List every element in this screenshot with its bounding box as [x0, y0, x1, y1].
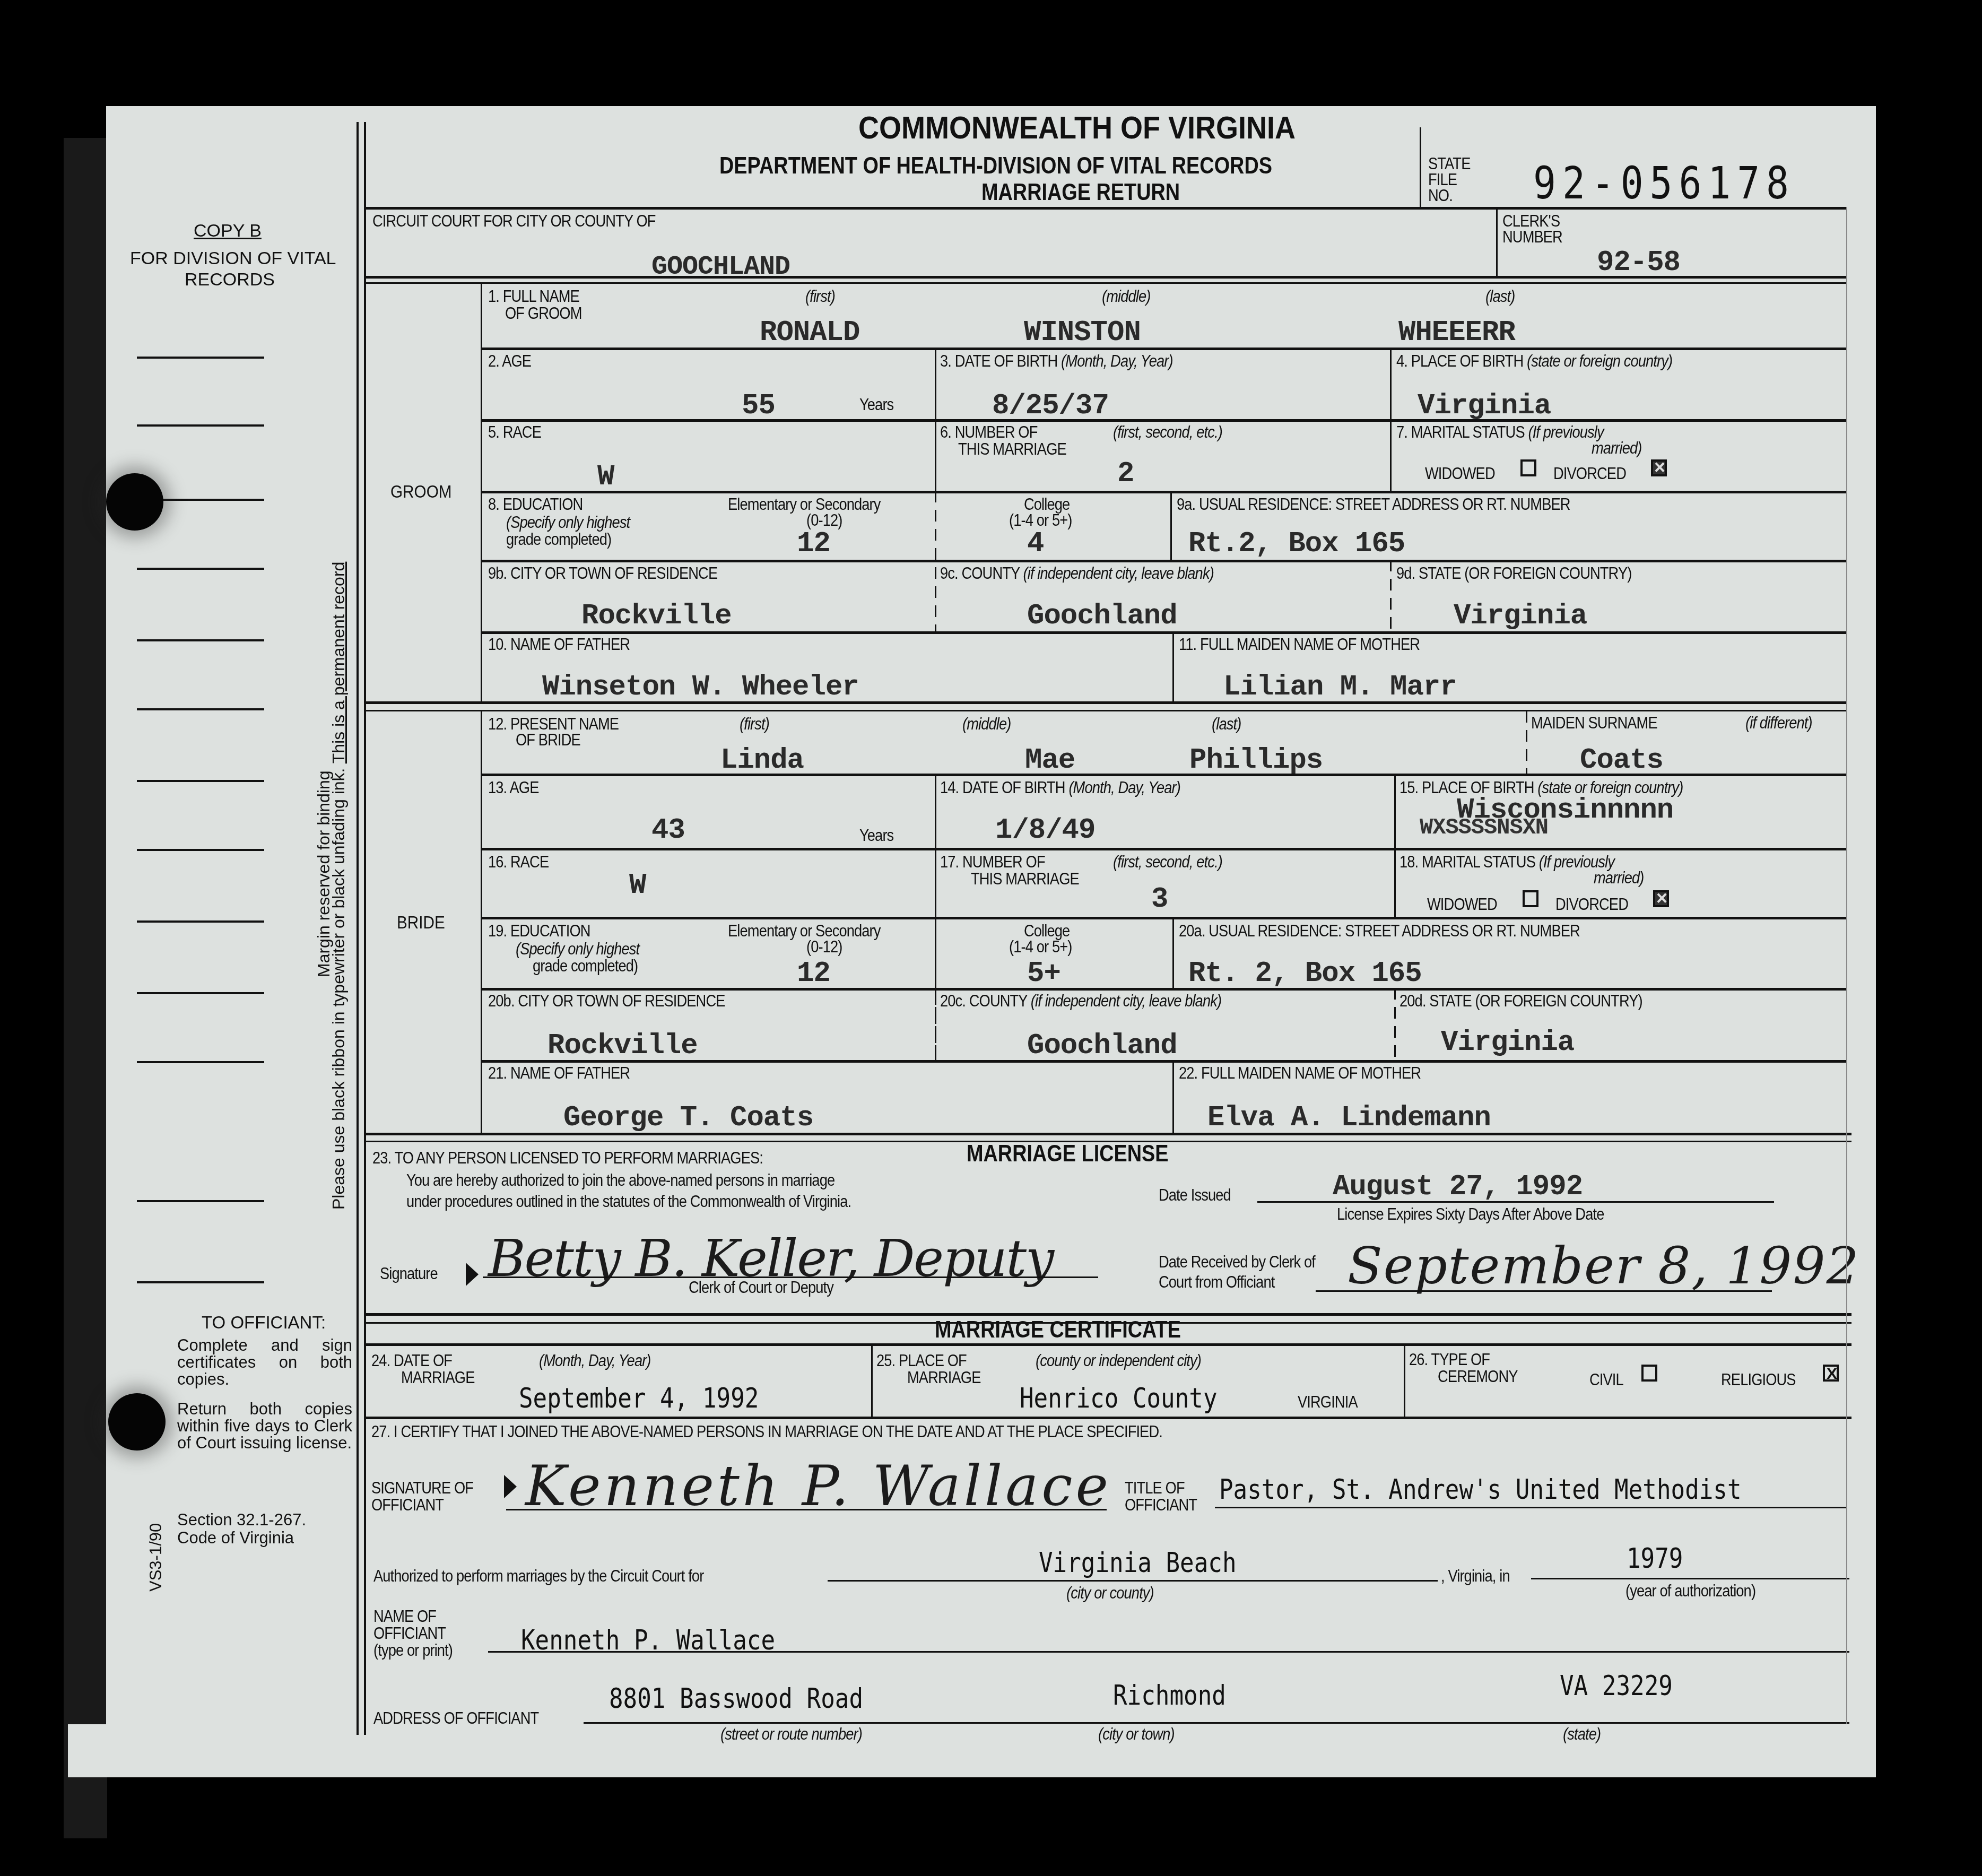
to-officiant-heading: TO OFFICIANT:: [202, 1309, 326, 1336]
years-label: Years: [859, 396, 893, 413]
religious-label: RELIGIOUS: [1721, 1371, 1796, 1388]
bride-first-name: Linda: [720, 746, 804, 776]
authorized-city-line: [828, 1580, 1438, 1582]
groom-middle-name: WINSTON: [1024, 318, 1141, 348]
groom-city-label: 9b. CITY OR TOWN OF RESIDENCE: [488, 564, 717, 582]
row-rule: [481, 631, 1846, 634]
received-line: [1316, 1290, 1772, 1292]
bride-city-label: 20b. CITY OR TOWN OF RESIDENCE: [488, 992, 725, 1010]
years-label: Years: [859, 827, 893, 844]
ink-note-line: Please use black ribbon in typewriter or…: [329, 562, 349, 1210]
groom-name-label-2: OF GROOM: [505, 305, 582, 322]
bride-mother-label: 22. FULL MAIDEN NAME OF MOTHER: [1179, 1064, 1421, 1082]
row-rule: [481, 348, 1846, 350]
row-rule: [481, 1060, 1846, 1063]
bride-state: Virginia: [1441, 1028, 1574, 1058]
row-rule: [481, 988, 1846, 991]
certify-text: 27. I CERTIFY THAT I JOINED THE ABOVE-NA…: [371, 1423, 1162, 1440]
section-ref-1: Section 32.1-267.: [177, 1511, 306, 1528]
bride-county-label: 20c. COUNTY (if independent city, leave …: [940, 992, 1221, 1010]
pob-hint: (state or foreign country): [1527, 352, 1672, 370]
col-divider: [1404, 1344, 1405, 1417]
edu-hint-2: grade completed): [506, 531, 611, 548]
edu-hint-1: (Specify only highest: [516, 940, 639, 958]
groom-county-label: 9c. COUNTY (if independent city, leave b…: [940, 564, 1214, 582]
received-label-1: Date Received by Clerk of: [1159, 1253, 1315, 1271]
bride-marital-label: 18. MARITAL STATUS (If previously: [1399, 853, 1614, 871]
bride-residence: Rt. 2, Box 165: [1188, 959, 1422, 989]
col-divider-dashed: [1390, 560, 1392, 631]
authorized-city: Virginia Beach: [1039, 1548, 1237, 1578]
header-rule: [366, 282, 1846, 284]
bride-name-label-2: OF BRIDE: [516, 731, 580, 749]
col-divider-dashed: [1394, 988, 1396, 1059]
bride-county: Goochland: [1027, 1031, 1177, 1061]
year-hint: (year of authorization): [1625, 1582, 1755, 1600]
authorized-label: Authorized to perform marriages by the C…: [373, 1567, 703, 1585]
widowed-label: WIDOWED: [1425, 465, 1495, 482]
section-rule: [366, 710, 1846, 711]
license-expires-note: License Expires Sixty Days After Above D…: [1337, 1205, 1604, 1223]
groom-college-value: 4: [1027, 529, 1044, 559]
officiant-state-zip: VA 23229: [1560, 1671, 1673, 1701]
groom-pob-label: 4. PLACE OF BIRTH (state or foreign coun…: [1396, 352, 1672, 370]
row-rule: [481, 419, 1846, 422]
elem-label: Elementary or Secondary: [728, 496, 881, 513]
section-rule: [366, 1133, 1851, 1135]
address-label: ADDRESS OF OFFICIANT: [373, 1709, 538, 1727]
groom-mother-label: 11. FULL MAIDEN NAME OF MOTHER: [1179, 636, 1420, 653]
row-rule: [481, 774, 1846, 776]
county-label-text: 9c. COUNTY: [940, 564, 1020, 583]
col-divider: [1170, 491, 1172, 560]
elem-range: (0-12): [806, 511, 842, 529]
margin-blank-line: [137, 849, 264, 851]
row-rule: [366, 1417, 1851, 1419]
elem-range: (0-12): [806, 938, 842, 956]
bride-middle-name: Mae: [1025, 746, 1075, 776]
officiant-title: Pastor, St. Andrew's United Methodist: [1219, 1475, 1742, 1505]
header-divider: [1420, 127, 1421, 207]
maiden-hint: (if different): [1745, 714, 1812, 732]
margin-rule: [357, 122, 359, 1735]
officiant-signature-line: [506, 1509, 1107, 1510]
middle-hint: (middle): [962, 715, 1011, 733]
title-line: [1215, 1507, 1846, 1508]
marriage-num-hint: (first, second, etc.): [1113, 423, 1222, 441]
divorced-label: DIVORCED: [1555, 896, 1628, 913]
bride-dob: 1/8/49: [995, 816, 1095, 846]
bride-race: W: [629, 871, 646, 901]
groom-father-label: 10. NAME OF FATHER: [488, 636, 630, 653]
groom-father: Winseton W. Wheeler: [542, 673, 859, 702]
county-label-text: 20c. COUNTY: [940, 992, 1027, 1010]
form-title: COMMONWEALTH OF VIRGINIA: [858, 111, 1296, 144]
col-divider: [1172, 1060, 1174, 1133]
section-rule: [366, 701, 1846, 704]
col-divider: [1172, 631, 1174, 703]
groom-race-label: 5. RACE: [488, 423, 541, 441]
bride-dob-label: 14. DATE OF BIRTH (Month, Day, Year): [940, 779, 1180, 796]
groom-age-label: 2. AGE: [488, 352, 531, 370]
city-hint: (city or town): [1098, 1725, 1175, 1743]
section-divider: [481, 284, 482, 703]
margin-blank-line: [137, 1200, 264, 1202]
marriage-place-label-2: MARRIAGE: [907, 1369, 980, 1386]
paper-shadow-strip: [64, 138, 107, 1838]
religious-checkbox[interactable]: [1823, 1365, 1839, 1382]
bride-race-label: 16. RACE: [488, 853, 549, 871]
date-issued: August 27, 1992: [1333, 1172, 1583, 1202]
groom-residence: Rt.2, Box 165: [1188, 529, 1405, 559]
authorized-year-line: [1531, 1578, 1849, 1579]
license-text-1: You are hereby authorized to join the ab…: [406, 1171, 834, 1189]
col-divider-dashed: [935, 988, 936, 1059]
form-paper-bottom: [68, 1724, 1876, 1777]
bride-widowed-checkbox[interactable]: [1523, 890, 1538, 907]
marriage-date-label-1: 24. DATE OF: [371, 1352, 452, 1369]
college-range: (1-4 or 5+): [1009, 938, 1072, 956]
title-label-1: TITLE OF: [1125, 1479, 1185, 1497]
divorced-label: DIVORCED: [1553, 465, 1626, 482]
margin-blank-line: [137, 920, 264, 923]
section-rule: [366, 1313, 1851, 1316]
ceremony-label-2: CEREMONY: [1438, 1368, 1518, 1385]
sig-officiant-label-2: OFFICIANT: [371, 1496, 444, 1514]
signature-arrow-icon: [466, 1263, 479, 1286]
bride-state-label: 20d. STATE (OR FOREIGN COUNTRY): [1399, 992, 1642, 1010]
bride-elem-value: 12: [797, 959, 830, 989]
marriage-place: Henrico County: [1020, 1384, 1218, 1413]
officiant-street: 8801 Basswood Road: [609, 1684, 863, 1714]
edu-hint-1: (Specify only highest: [506, 514, 630, 531]
bride-age: 43: [651, 816, 685, 846]
bride-city: Rockville: [547, 1031, 698, 1061]
bride-maiden-name: Coats: [1580, 746, 1663, 776]
groom-elem-value: 12: [797, 529, 830, 559]
clerk-divider: [1496, 208, 1498, 278]
county-hint: (if independent city, leave blank): [1023, 564, 1214, 583]
bride-label: BRIDE: [397, 913, 445, 933]
dob-label-text: 3. DATE OF BIRTH: [940, 352, 1057, 370]
marital-hint-2: married): [1594, 869, 1644, 887]
groom-name-label-1: 1. FULL NAME: [488, 288, 579, 305]
bride-mother: Elva A. Lindemann: [1207, 1104, 1491, 1133]
widowed-label: WIDOWED: [1427, 896, 1497, 913]
address-line: [584, 1722, 1849, 1724]
margin-blank-line: [137, 1061, 264, 1063]
name-label-2: OFFICIANT: [373, 1625, 446, 1642]
punch-hole: [106, 473, 163, 531]
marriage-date-label-2: MARRIAGE: [401, 1369, 474, 1386]
margin-blank-line: [137, 1281, 264, 1283]
bride-edu-label: 19. EDUCATION: [488, 922, 590, 940]
marriage-place-label-1: 25. PLACE OF: [876, 1352, 967, 1369]
groom-race: W: [597, 463, 614, 492]
groom-label: GROOM: [390, 482, 451, 502]
bride-last-name: Phillips: [1189, 746, 1323, 776]
signature-label: Signature: [380, 1265, 438, 1282]
date-issued-line: [1257, 1201, 1774, 1203]
margin-blank-line: [137, 568, 264, 570]
marriage-num-hint: (first, second, etc.): [1113, 853, 1222, 871]
signature-caption: Clerk of Court or Deputy: [689, 1279, 833, 1296]
marriage-date: September 4, 1992: [519, 1384, 759, 1413]
bride-pob-struck: WXSSSSNSXN: [1420, 813, 1548, 843]
license-heading: MARRIAGE LICENSE: [967, 1142, 1169, 1166]
bride-marriage-num-label-1: 17. NUMBER OF: [940, 853, 1045, 871]
state-file-label-3: NO.: [1428, 187, 1453, 204]
form-code: VS3-1/90: [146, 1523, 166, 1592]
groom-edu-label: 8. EDUCATION: [488, 496, 583, 513]
first-hint: (first): [805, 288, 835, 305]
street-hint: (street or route number): [720, 1725, 862, 1743]
row-rule: [481, 848, 1846, 850]
ink-note: Please use black ribbon in typewriter or…: [329, 768, 348, 1210]
groom-first-name: RONALD: [760, 318, 859, 348]
margin-blank-line: [137, 708, 264, 710]
elem-label: Elementary or Secondary: [728, 922, 881, 940]
virginia-in-label: , Virginia, in: [1441, 1567, 1510, 1585]
groom-widowed-checkbox[interactable]: [1520, 459, 1536, 476]
form-name: MARRIAGE RETURN: [981, 180, 1180, 205]
section-ref-2: Code of Virginia: [177, 1529, 294, 1547]
margin-blank-line: [137, 357, 264, 359]
bride-residence-label: 20a. USUAL RESIDENCE: STREET ADDRESS OR …: [1179, 922, 1580, 940]
groom-marriage-num-label-1: 6. NUMBER OF: [940, 423, 1037, 441]
county-hint: (if independent city, leave blank): [1031, 992, 1221, 1010]
groom-pob: Virginia: [1418, 392, 1551, 421]
civil-checkbox[interactable]: [1641, 1365, 1657, 1382]
groom-city: Rockville: [581, 602, 732, 631]
margin-blank-line: [137, 424, 264, 427]
department-title: DEPARTMENT OF HEALTH-DIVISION OF VITAL R…: [719, 154, 1272, 178]
margin-blank-line: [137, 780, 264, 782]
groom-state-label: 9d. STATE (OR FOREIGN COUNTRY): [1396, 564, 1631, 582]
dob-label-text: 14. DATE OF BIRTH: [940, 778, 1065, 797]
row-rule: [481, 917, 1846, 919]
copy-desc-2: RECORDS: [185, 266, 275, 293]
bride-college-value: 5+: [1027, 959, 1060, 989]
col-divider: [1394, 774, 1396, 917]
margin-blank-line: [137, 992, 264, 994]
copy-label: COPY B: [194, 218, 262, 244]
state-file-number: 92-056178: [1533, 159, 1795, 207]
form-right-edge: [1846, 207, 1847, 1724]
marital-label-text: 18. MARITAL STATUS: [1399, 853, 1535, 871]
marriage-place-state: VIRGINIA: [1298, 1393, 1358, 1411]
state-hint: (state): [1563, 1725, 1601, 1743]
dob-hint: (Month, Day, Year): [1061, 352, 1173, 370]
last-hint: (last): [1485, 288, 1515, 305]
bride-marriage-num-label-2: THIS MARRIAGE: [971, 870, 1079, 888]
col-divider-dashed: [1526, 711, 1527, 774]
first-hint: (first): [740, 715, 769, 733]
groom-marriage-num-label-2: THIS MARRIAGE: [958, 440, 1066, 458]
groom-residence-label: 9a. USUAL RESIDENCE: STREET ADDRESS OR R…: [1177, 496, 1570, 513]
bride-divorced-checkbox[interactable]: [1653, 890, 1669, 907]
groom-divorced-checkbox[interactable]: [1651, 459, 1667, 476]
groom-age: 55: [742, 392, 775, 421]
groom-dob: 8/25/37: [992, 392, 1109, 421]
name-label-3: (type or print): [373, 1641, 453, 1659]
groom-dob-label: 3. DATE OF BIRTH (Month, Day, Year): [940, 352, 1173, 370]
marriage-date-hint: (Month, Day, Year): [539, 1352, 651, 1369]
maiden-label: MAIDEN SURNAME: [1531, 714, 1657, 732]
pob-label-text: 4. PLACE OF BIRTH: [1396, 352, 1523, 370]
certificate-heading: MARRIAGE CERTIFICATE: [935, 1318, 1181, 1342]
punch-hole: [108, 1393, 166, 1451]
officiant-instruction-2: Return both copies within five days to C…: [177, 1401, 352, 1452]
middle-hint: (middle): [1102, 288, 1150, 305]
civil-label: CIVIL: [1589, 1371, 1623, 1388]
officiant-instruction-1: Complete and sign certificates on both c…: [177, 1337, 352, 1388]
ceremony-label-1: 26. TYPE OF: [1409, 1351, 1490, 1368]
authorized-city-hint: (city or county): [1066, 1584, 1154, 1602]
row-rule: [481, 491, 1846, 493]
margin-blank-line: [137, 639, 264, 641]
bride-marriage-num: 3: [1151, 885, 1168, 915]
col-divider: [871, 1344, 873, 1417]
edu-hint-2: grade completed): [533, 957, 638, 975]
marital-hint-2: married): [1592, 439, 1642, 457]
row-rule: [366, 1343, 1851, 1346]
marital-label-text: 7. MARITAL STATUS: [1396, 423, 1525, 441]
groom-mother: Lilian M. Marr: [1223, 673, 1457, 702]
groom-county: Goochland: [1027, 602, 1177, 631]
col-divider: [1172, 917, 1174, 988]
sig-officiant-label-1: SIGNATURE OF: [371, 1479, 473, 1497]
groom-marriage-num: 2: [1117, 459, 1134, 489]
bride-father: George T. Coats: [563, 1104, 813, 1133]
authorized-year: 1979: [1627, 1544, 1683, 1574]
clerk-number: 92-58: [1597, 248, 1680, 278]
groom-marital-label: 7. MARITAL STATUS (If previously: [1396, 423, 1604, 441]
permanent-record-note: This is a permanent record: [329, 562, 348, 764]
license-item-label: 23. TO ANY PERSON LICENSED TO PERFORM MA…: [372, 1149, 763, 1167]
officiant-name-line: [488, 1651, 1849, 1653]
groom-state: Virginia: [1454, 602, 1587, 631]
groom-last-name: WHEEERR: [1398, 318, 1515, 348]
last-hint: (last): [1212, 715, 1241, 733]
license-text-2: under procedures outlined in the statute…: [406, 1193, 851, 1210]
signature-arrow-icon: [504, 1475, 517, 1498]
clerk-label-2: NUMBER: [1502, 228, 1562, 246]
header-rule: [366, 207, 1846, 210]
received-date: September 8, 1992: [1348, 1236, 1860, 1296]
date-issued-label: Date Issued: [1159, 1186, 1231, 1204]
dob-hint: (Month, Day, Year): [1068, 778, 1180, 797]
officiant-city: Richmond: [1113, 1681, 1226, 1710]
name-label-1: NAME OF: [373, 1608, 436, 1625]
margin-rule: [364, 122, 366, 1735]
row-rule: [481, 560, 1846, 562]
header-rule: [366, 276, 1846, 279]
marriage-place-hint: (county or independent city): [1036, 1352, 1201, 1369]
title-label-2: OFFICIANT: [1125, 1496, 1197, 1514]
county-label: CIRCUIT COURT FOR CITY OR COUNTY OF: [372, 212, 656, 230]
bride-father-label: 21. NAME OF FATHER: [488, 1064, 630, 1082]
received-label-2: Court from Officiant: [1159, 1273, 1274, 1291]
bride-age-label: 13. AGE: [488, 779, 538, 796]
college-range: (1-4 or 5+): [1009, 511, 1072, 529]
